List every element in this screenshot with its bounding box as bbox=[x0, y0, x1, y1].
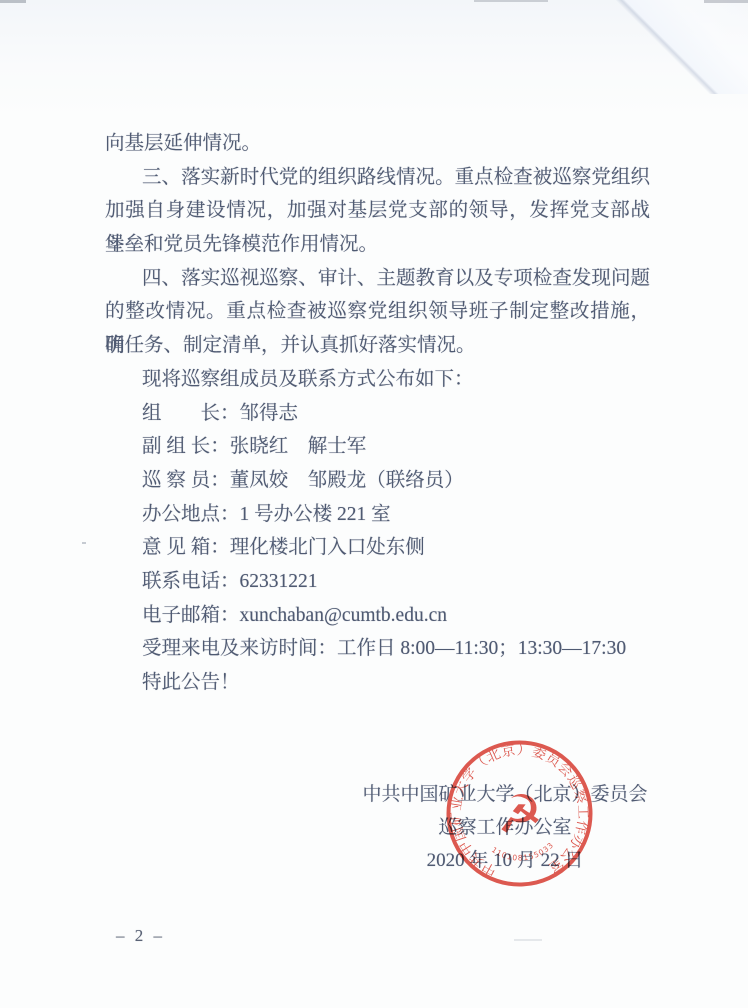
contact-line-office-address: 办公地点：1 号办公楼 221 室 bbox=[105, 498, 650, 532]
scanned-document-page: 向基层延伸情况。 三、落实新时代党的组织路线情况。重点检查被巡察党组织 加强自身… bbox=[0, 0, 748, 1008]
contact-line-suggestion-box: 意 见 箱：理化楼北门入口处东侧 bbox=[105, 531, 650, 565]
section-4-line-1: 四、落实巡视巡察、审计、主题教育以及专项检查发现问题 bbox=[105, 262, 650, 296]
body-line-continuation: 向基层延伸情况。 bbox=[105, 127, 650, 161]
section-3-line-2: 加强自身建设情况，加强对基层党支部的领导，发挥党支部战斗 bbox=[105, 194, 650, 228]
page-number: – 2 – bbox=[116, 926, 165, 946]
announcement-intro-line: 现将巡察组成员及联系方式公布如下： bbox=[105, 363, 650, 397]
contact-line-inspectors: 巡 察 员：董凤姣 邹殿龙（联络员） bbox=[105, 464, 650, 498]
section-4-line-3: 确任务、制定清单，并认真抓好落实情况。 bbox=[105, 329, 650, 363]
document-body: 向基层延伸情况。 三、落实新时代党的组织路线情况。重点检查被巡察党组织 加强自身… bbox=[105, 127, 650, 700]
contact-line-phone: 联系电话：62331221 bbox=[105, 565, 650, 599]
contact-line-email: 电子邮箱：xunchaban@cumtb.edu.cn bbox=[105, 599, 650, 633]
scan-artifact-edge-mark bbox=[704, 0, 748, 3]
scan-artifact-edge-mark bbox=[0, 0, 26, 3]
scan-artifact-corner-fold bbox=[596, 0, 748, 94]
scan-artifact-smudge bbox=[82, 542, 86, 544]
notice-ending-line: 特此公告！ bbox=[105, 666, 650, 700]
contact-line-office-hours: 受理来电及来访时间：工作日 8:00—11:30；13:30—17:30 bbox=[105, 632, 650, 666]
contact-line-deputy-leaders: 副 组 长：张晓红 解士军 bbox=[105, 430, 650, 464]
section-3-line-3: 堡垒和党员先锋模范作用情况。 bbox=[105, 228, 650, 262]
contact-line-group-leader: 组 长：邹得志 bbox=[105, 397, 650, 431]
hammer-and-sickle-icon: ☭ bbox=[495, 784, 545, 846]
official-red-seal: 中共中国矿业大学（北京）委员会巡察工作办公室 ☭ 110108155033 bbox=[417, 711, 622, 916]
section-4-line-2: 的整改情况。重点检查被巡察党组织领导班子制定整改措施，明 bbox=[105, 295, 650, 329]
scan-artifact-smudge bbox=[514, 939, 542, 941]
scan-artifact-edge-mark bbox=[474, 0, 548, 2]
section-3-line-1: 三、落实新时代党的组织路线情况。重点检查被巡察党组织 bbox=[105, 161, 650, 195]
